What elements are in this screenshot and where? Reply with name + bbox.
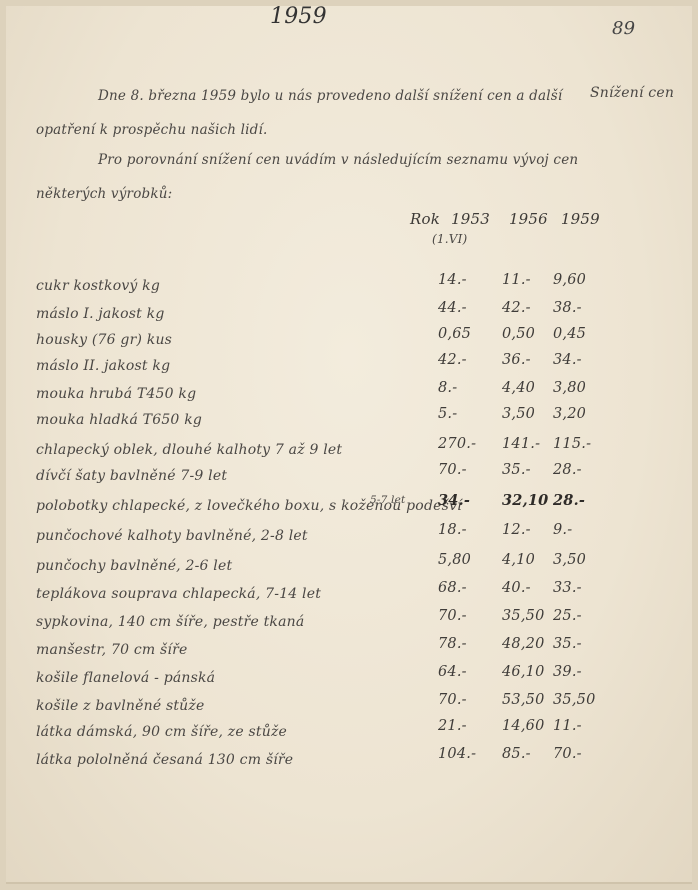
table-cell-1959: 115.- bbox=[553, 436, 591, 452]
table-cell-1959: 3,80 bbox=[553, 380, 586, 396]
table-cell-1959: 3,50 bbox=[553, 552, 586, 568]
table-cell-1953: 78.- bbox=[438, 636, 467, 652]
table-cell-1953: 18.- bbox=[438, 522, 467, 538]
table-row-item: cukr kostkový kg bbox=[36, 278, 160, 294]
table-cell-1956: 85.- bbox=[502, 746, 531, 762]
table-cell-1956: 35.- bbox=[502, 462, 531, 478]
table-cell-1953: 21.- bbox=[438, 718, 467, 734]
table-cell-1953: 104.- bbox=[438, 746, 476, 762]
table-row-item: máslo II. jakost kg bbox=[36, 358, 170, 374]
table-cell-1953: 5.- bbox=[438, 406, 457, 422]
table-header-row: Rok 1953 1956 1959 bbox=[410, 210, 600, 228]
table-cell-1953: 68.- bbox=[438, 580, 467, 596]
margin-note: Snížení cen bbox=[590, 85, 674, 101]
table-row-item: košile z bavlněné stůže bbox=[36, 698, 204, 714]
paragraph-line: opatření k prospěchu našich lidí. bbox=[36, 122, 268, 138]
table-cell-1959: 0,45 bbox=[553, 326, 586, 342]
column-header-rok: Rok bbox=[410, 210, 440, 228]
table-cell-1956: 141.- bbox=[502, 436, 540, 452]
table-cell-1959: 38.- bbox=[553, 300, 582, 316]
table-cell-1956: 12.- bbox=[502, 522, 531, 538]
table-cell-1953: 14.- bbox=[438, 272, 467, 288]
table-cell-1956: 48,20 bbox=[502, 636, 545, 652]
paragraph-line: Dne 8. března 1959 bylo u nás provedeno … bbox=[98, 88, 562, 104]
table-row-item: teplákova souprava chlapecká, 7-14 let bbox=[36, 586, 321, 602]
table-row-item: sypkovina, 140 cm šíře, pestře tkaná bbox=[36, 614, 304, 630]
table-cell-1959: 34.- bbox=[553, 352, 582, 368]
page-year-heading: 1959 bbox=[270, 4, 327, 29]
table-cell-1956: 14,60 bbox=[502, 718, 545, 734]
table-cell-1959: 70.- bbox=[553, 746, 582, 762]
table-cell-1959: 35,50 bbox=[553, 692, 596, 708]
table-row-item: punčochové kalhoty bavlněné, 2-8 let bbox=[36, 528, 308, 544]
table-cell-1953: 5,80 bbox=[438, 552, 471, 568]
table-row-item: látka dámská, 90 cm šíře, ze stůže bbox=[36, 724, 287, 740]
table-row-item: chlapecký oblek, dlouhé kalhoty 7 až 9 l… bbox=[36, 442, 342, 458]
table-cell-1956: 0,50 bbox=[502, 326, 535, 342]
table-cell-1959: 39.- bbox=[553, 664, 582, 680]
page-number: 89 bbox=[612, 18, 635, 39]
table-cell-1959: 3,20 bbox=[553, 406, 586, 422]
table-row-item: máslo I. jakost kg bbox=[36, 306, 165, 322]
table-cell-1956: 35,50 bbox=[502, 608, 545, 624]
table-cell-1959: 9.- bbox=[553, 522, 572, 538]
table-cell-1959: 28.- bbox=[553, 462, 582, 478]
table-cell-1956: 40.- bbox=[502, 580, 531, 596]
table-cell-1956: 32,10 bbox=[502, 492, 548, 509]
table-cell-1953: 34.- bbox=[438, 492, 470, 509]
table-cell-1953: 42.- bbox=[438, 352, 467, 368]
table-cell-1956: 42.- bbox=[502, 300, 531, 316]
table-cell-1956: 46,10 bbox=[502, 664, 545, 680]
column-note: (1.VI) bbox=[432, 232, 467, 246]
table-cell-1953: 70.- bbox=[438, 692, 467, 708]
table-cell-1953: 44.- bbox=[438, 300, 467, 316]
table-cell-1956: 4,10 bbox=[502, 552, 535, 568]
paragraph-line: Pro porovnání snížení cen uvádím v násle… bbox=[98, 152, 578, 168]
table-cell-1953: 8.- bbox=[438, 380, 457, 396]
table-row-item: polobotky chlapecké, z lovečkého boxu, s… bbox=[36, 498, 462, 514]
table-cell-1953: 0,65 bbox=[438, 326, 471, 342]
table-cell-1959: 33.- bbox=[553, 580, 582, 596]
table-cell-1956: 36.- bbox=[502, 352, 531, 368]
table-cell-1959: 25.- bbox=[553, 608, 582, 624]
table-cell-1956: 4,40 bbox=[502, 380, 535, 396]
column-header-1959: 1959 bbox=[561, 210, 600, 228]
table-cell-1953: 64.- bbox=[438, 664, 467, 680]
table-cell-1959: 9,60 bbox=[553, 272, 586, 288]
table-cell-1959: 28.- bbox=[553, 492, 585, 509]
table-row-item: punčochy bavlněné, 2-6 let bbox=[36, 558, 232, 574]
paragraph-line: některých výrobků: bbox=[36, 186, 172, 202]
table-row-item: dívčí šaty bavlněné 7-9 let bbox=[36, 468, 227, 484]
table-cell-1953: 70.- bbox=[438, 462, 467, 478]
table-cell-1953: 270.- bbox=[438, 436, 476, 452]
table-cell-1959: 11.- bbox=[553, 718, 582, 734]
table-cell-1956: 3,50 bbox=[502, 406, 535, 422]
table-row-item: housky (76 gr) kus bbox=[36, 332, 172, 348]
table-row-item: manšestr, 70 cm šíře bbox=[36, 642, 187, 658]
column-header-1956: 1956 bbox=[509, 210, 548, 228]
document-page: 1959 89 Snížení cen Dne 8. března 1959 b… bbox=[0, 0, 698, 890]
table-row-item: mouka hladká T650 kg bbox=[36, 412, 202, 428]
table-row-item: košile flanelová - pánská bbox=[36, 670, 215, 686]
table-cell-1956: 53,50 bbox=[502, 692, 545, 708]
table-cell-1956: 11.- bbox=[502, 272, 531, 288]
column-header-1953: 1953 bbox=[451, 210, 490, 228]
table-row-item: mouka hrubá T450 kg bbox=[36, 386, 196, 402]
table-cell-1953: 70.- bbox=[438, 608, 467, 624]
table-cell-1959: 35.- bbox=[553, 636, 582, 652]
table-row-item: látka pololněná česaná 130 cm šíře bbox=[36, 752, 293, 768]
